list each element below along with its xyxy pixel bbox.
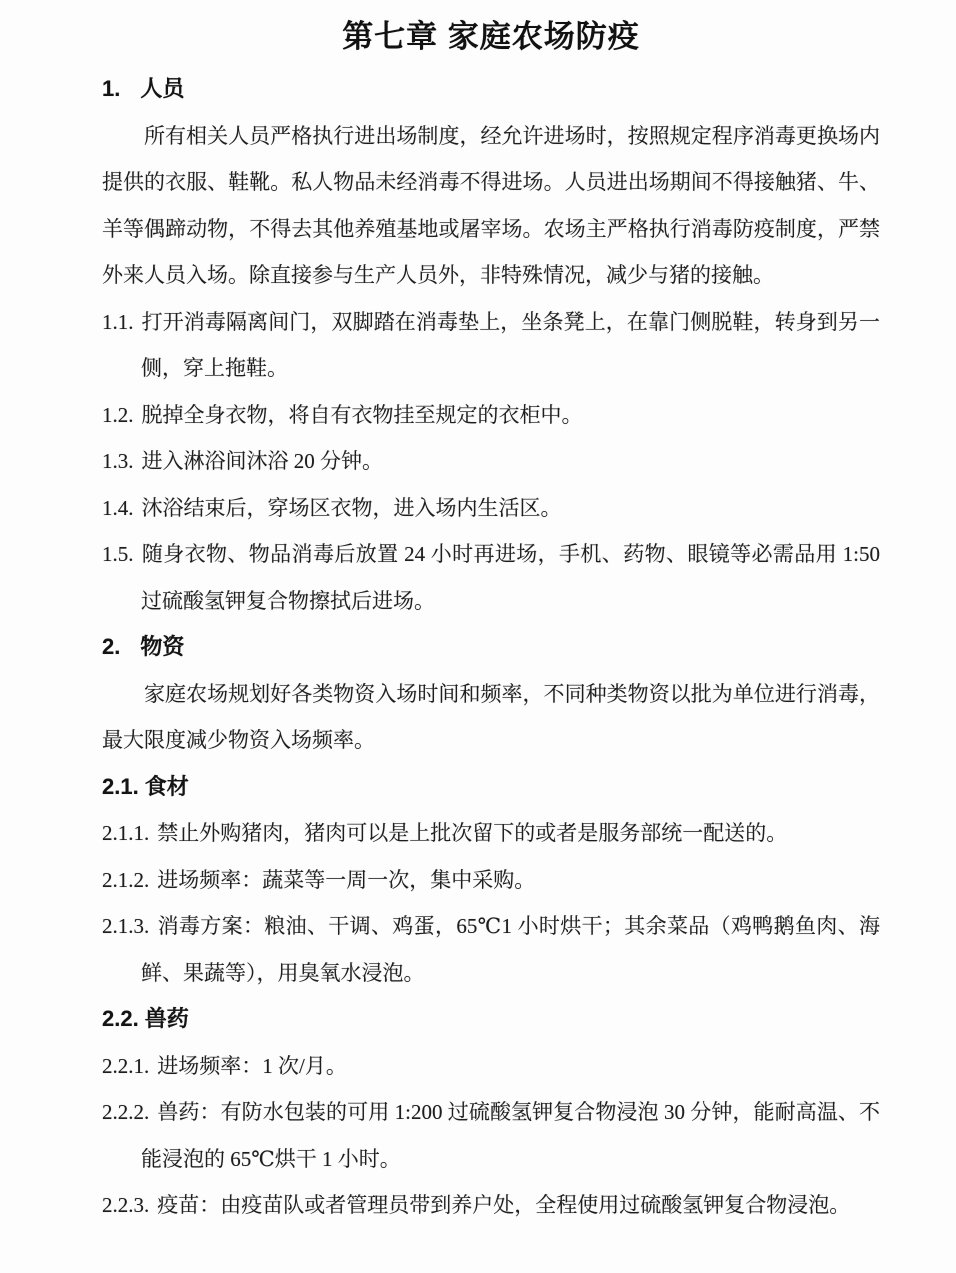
item-number: 1.2. bbox=[102, 403, 134, 427]
item-number: 2.1.3. bbox=[102, 914, 149, 938]
item-number: 2.2.2. bbox=[102, 1100, 149, 1124]
item-number: 1.1. bbox=[102, 310, 134, 334]
subsection-number: 2.2. bbox=[102, 1006, 139, 1031]
item-text: 禁止外购猪肉，猪肉可以是上批次留下的或者是服务部统一配送的。 bbox=[157, 821, 787, 845]
list-item: 1.5.随身衣物、物品消毒后放置 24 小时再进场，手机、药物、眼镜等必需品用 … bbox=[102, 531, 880, 624]
section-number: 2. bbox=[102, 634, 120, 659]
section-title: 物资 bbox=[140, 634, 184, 659]
item-number: 2.2.3. bbox=[102, 1193, 149, 1217]
item-text: 脱掉全身衣物，将自有衣物挂至规定的衣柜中。 bbox=[142, 403, 583, 427]
item-text: 进入淋浴间沐浴 20 分钟。 bbox=[142, 449, 384, 473]
section-intro-paragraph: 所有相关人员严格执行进出场制度，经允许进场时，按照规定程序消毒更换场内提供的衣服… bbox=[102, 113, 880, 299]
item-number: 1.3. bbox=[102, 449, 134, 473]
item-text: 疫苗：由疫苗队或者管理员带到养户处，全程使用过硫酸氢钾复合物浸泡。 bbox=[157, 1193, 850, 1217]
subsection-heading-vet-drugs: 2.2.兽药 bbox=[102, 996, 880, 1043]
subsection-title: 食材 bbox=[145, 774, 189, 799]
list-item: 2.2.3.疫苗：由疫苗队或者管理员带到养户处，全程使用过硫酸氢钾复合物浸泡。 bbox=[102, 1182, 880, 1229]
item-number: 1.4. bbox=[102, 496, 134, 520]
item-number: 2.1.2. bbox=[102, 868, 149, 892]
item-number: 2.1.1. bbox=[102, 821, 149, 845]
list-item: 2.1.3.消毒方案：粮油、干调、鸡蛋，65℃1 小时烘干；其余菜品（鸡鸭鹅鱼肉… bbox=[102, 903, 880, 996]
list-item: 1.1.打开消毒隔离间门，双脚踏在消毒垫上，坐条凳上，在靠门侧脱鞋，转身到另一侧… bbox=[102, 299, 880, 392]
subsection-heading-food: 2.1.食材 bbox=[102, 764, 880, 811]
subsection-title: 兽药 bbox=[145, 1006, 189, 1031]
item-text: 兽药：有防水包装的可用 1:200 过硫酸氢钾复合物浸泡 30 分钟，能耐高温、… bbox=[141, 1100, 880, 1171]
list-item: 2.2.2.兽药：有防水包装的可用 1:200 过硫酸氢钾复合物浸泡 30 分钟… bbox=[102, 1089, 880, 1182]
list-item: 1.3.进入淋浴间沐浴 20 分钟。 bbox=[102, 438, 880, 485]
section-heading-personnel: 1.人员 bbox=[102, 66, 880, 113]
item-number: 2.2.1. bbox=[102, 1054, 149, 1078]
list-item: 2.2.1.进场频率：1 次/月。 bbox=[102, 1043, 880, 1090]
section-intro-paragraph: 家庭农场规划好各类物资入场时间和频率，不同种类物资以批为单位进行消毒，最大限度减… bbox=[102, 671, 880, 764]
list-item: 2.1.2.进场频率：蔬菜等一周一次，集中采购。 bbox=[102, 857, 880, 904]
item-text: 进场频率：蔬菜等一周一次，集中采购。 bbox=[157, 868, 535, 892]
item-text: 打开消毒隔离间门，双脚踏在消毒垫上，坐条凳上，在靠门侧脱鞋，转身到另一侧，穿上拖… bbox=[141, 310, 880, 381]
list-item: 1.2.脱掉全身衣物，将自有衣物挂至规定的衣柜中。 bbox=[102, 392, 880, 439]
section-title: 人员 bbox=[140, 76, 184, 101]
chapter-title: 第七章 家庭农场防疫 bbox=[102, 8, 880, 66]
item-text: 随身衣物、物品消毒后放置 24 小时再进场，手机、药物、眼镜等必需品用 1:50… bbox=[141, 542, 880, 613]
subsection-number: 2.1. bbox=[102, 774, 139, 799]
list-item: 2.1.1.禁止外购猪肉，猪肉可以是上批次留下的或者是服务部统一配送的。 bbox=[102, 810, 880, 857]
list-item: 1.4.沐浴结束后，穿场区衣物，进入场内生活区。 bbox=[102, 485, 880, 532]
item-text: 消毒方案：粮油、干调、鸡蛋，65℃1 小时烘干；其余菜品（鸡鸭鹅鱼肉、海鲜、果蔬… bbox=[141, 914, 880, 985]
document-page: 第七章 家庭农场防疫 1.人员 所有相关人员严格执行进出场制度，经允许进场时，按… bbox=[0, 0, 956, 1273]
section-heading-supplies: 2.物资 bbox=[102, 624, 880, 671]
item-text: 沐浴结束后，穿场区衣物，进入场内生活区。 bbox=[142, 496, 562, 520]
item-number: 1.5. bbox=[102, 542, 134, 566]
item-text: 进场频率：1 次/月。 bbox=[157, 1054, 347, 1078]
section-number: 1. bbox=[102, 76, 120, 101]
